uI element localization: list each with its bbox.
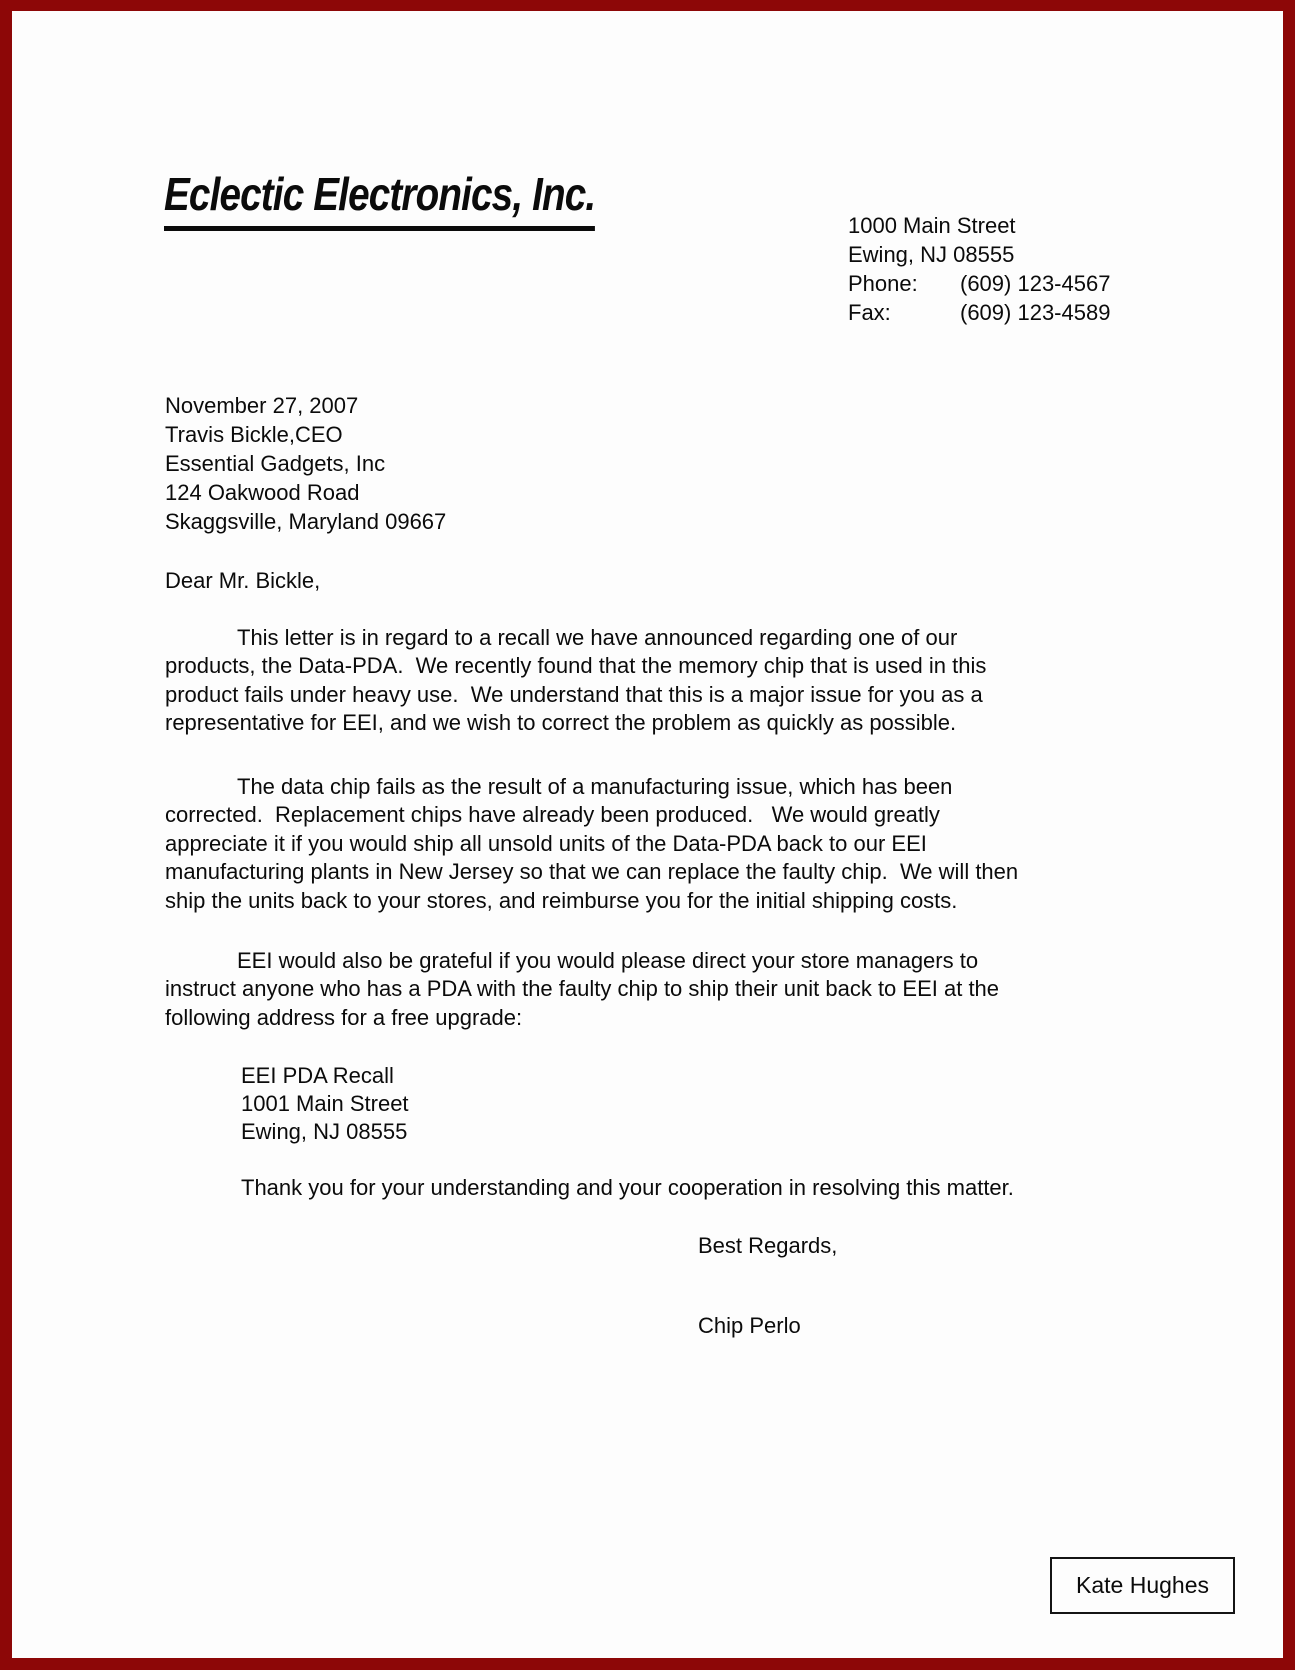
company-name-heading: Eclectic Electronics, Inc. xyxy=(164,167,595,231)
body-paragraph-1: This letter is in regard to a recall we … xyxy=(165,624,1155,738)
fax-number: (609) 123-4589 xyxy=(960,298,1110,327)
salutation: Dear Mr. Bickle, xyxy=(165,568,320,594)
letter-page: Eclectic Electronics, Inc. 1000 Main Str… xyxy=(0,0,1295,1670)
company-fax-row: Fax: (609) 123-4589 xyxy=(848,298,1110,327)
phone-number: (609) 123-4567 xyxy=(960,269,1110,298)
body-paragraph-3: EEI would also be grateful if you would … xyxy=(165,947,1155,1032)
company-city: Ewing, NJ 08555 xyxy=(848,240,1110,269)
letter-sheet: Eclectic Electronics, Inc. 1000 Main Str… xyxy=(12,11,1283,1658)
date-and-recipient-address: November 27, 2007 Travis Bickle,CEO Esse… xyxy=(165,391,446,536)
signer-name-box: Kate Hughes xyxy=(1050,1557,1235,1614)
fax-label: Fax: xyxy=(848,298,960,327)
signature-name: Chip Perlo xyxy=(698,1313,801,1339)
body-paragraph-2: The data chip fails as the result of a m… xyxy=(165,773,1155,915)
signer-name-label: Kate Hughes xyxy=(1076,1572,1209,1599)
closing-valediction: Best Regards, xyxy=(698,1233,837,1259)
company-phone-row: Phone: (609) 123-4567 xyxy=(848,269,1110,298)
company-street: 1000 Main Street xyxy=(848,211,1110,240)
thank-you-line: Thank you for your understanding and you… xyxy=(241,1175,1014,1201)
company-address-block: 1000 Main Street Ewing, NJ 08555 Phone: … xyxy=(848,211,1110,327)
phone-label: Phone: xyxy=(848,269,960,298)
recall-return-address: EEI PDA Recall 1001 Main Street Ewing, N… xyxy=(241,1062,409,1145)
